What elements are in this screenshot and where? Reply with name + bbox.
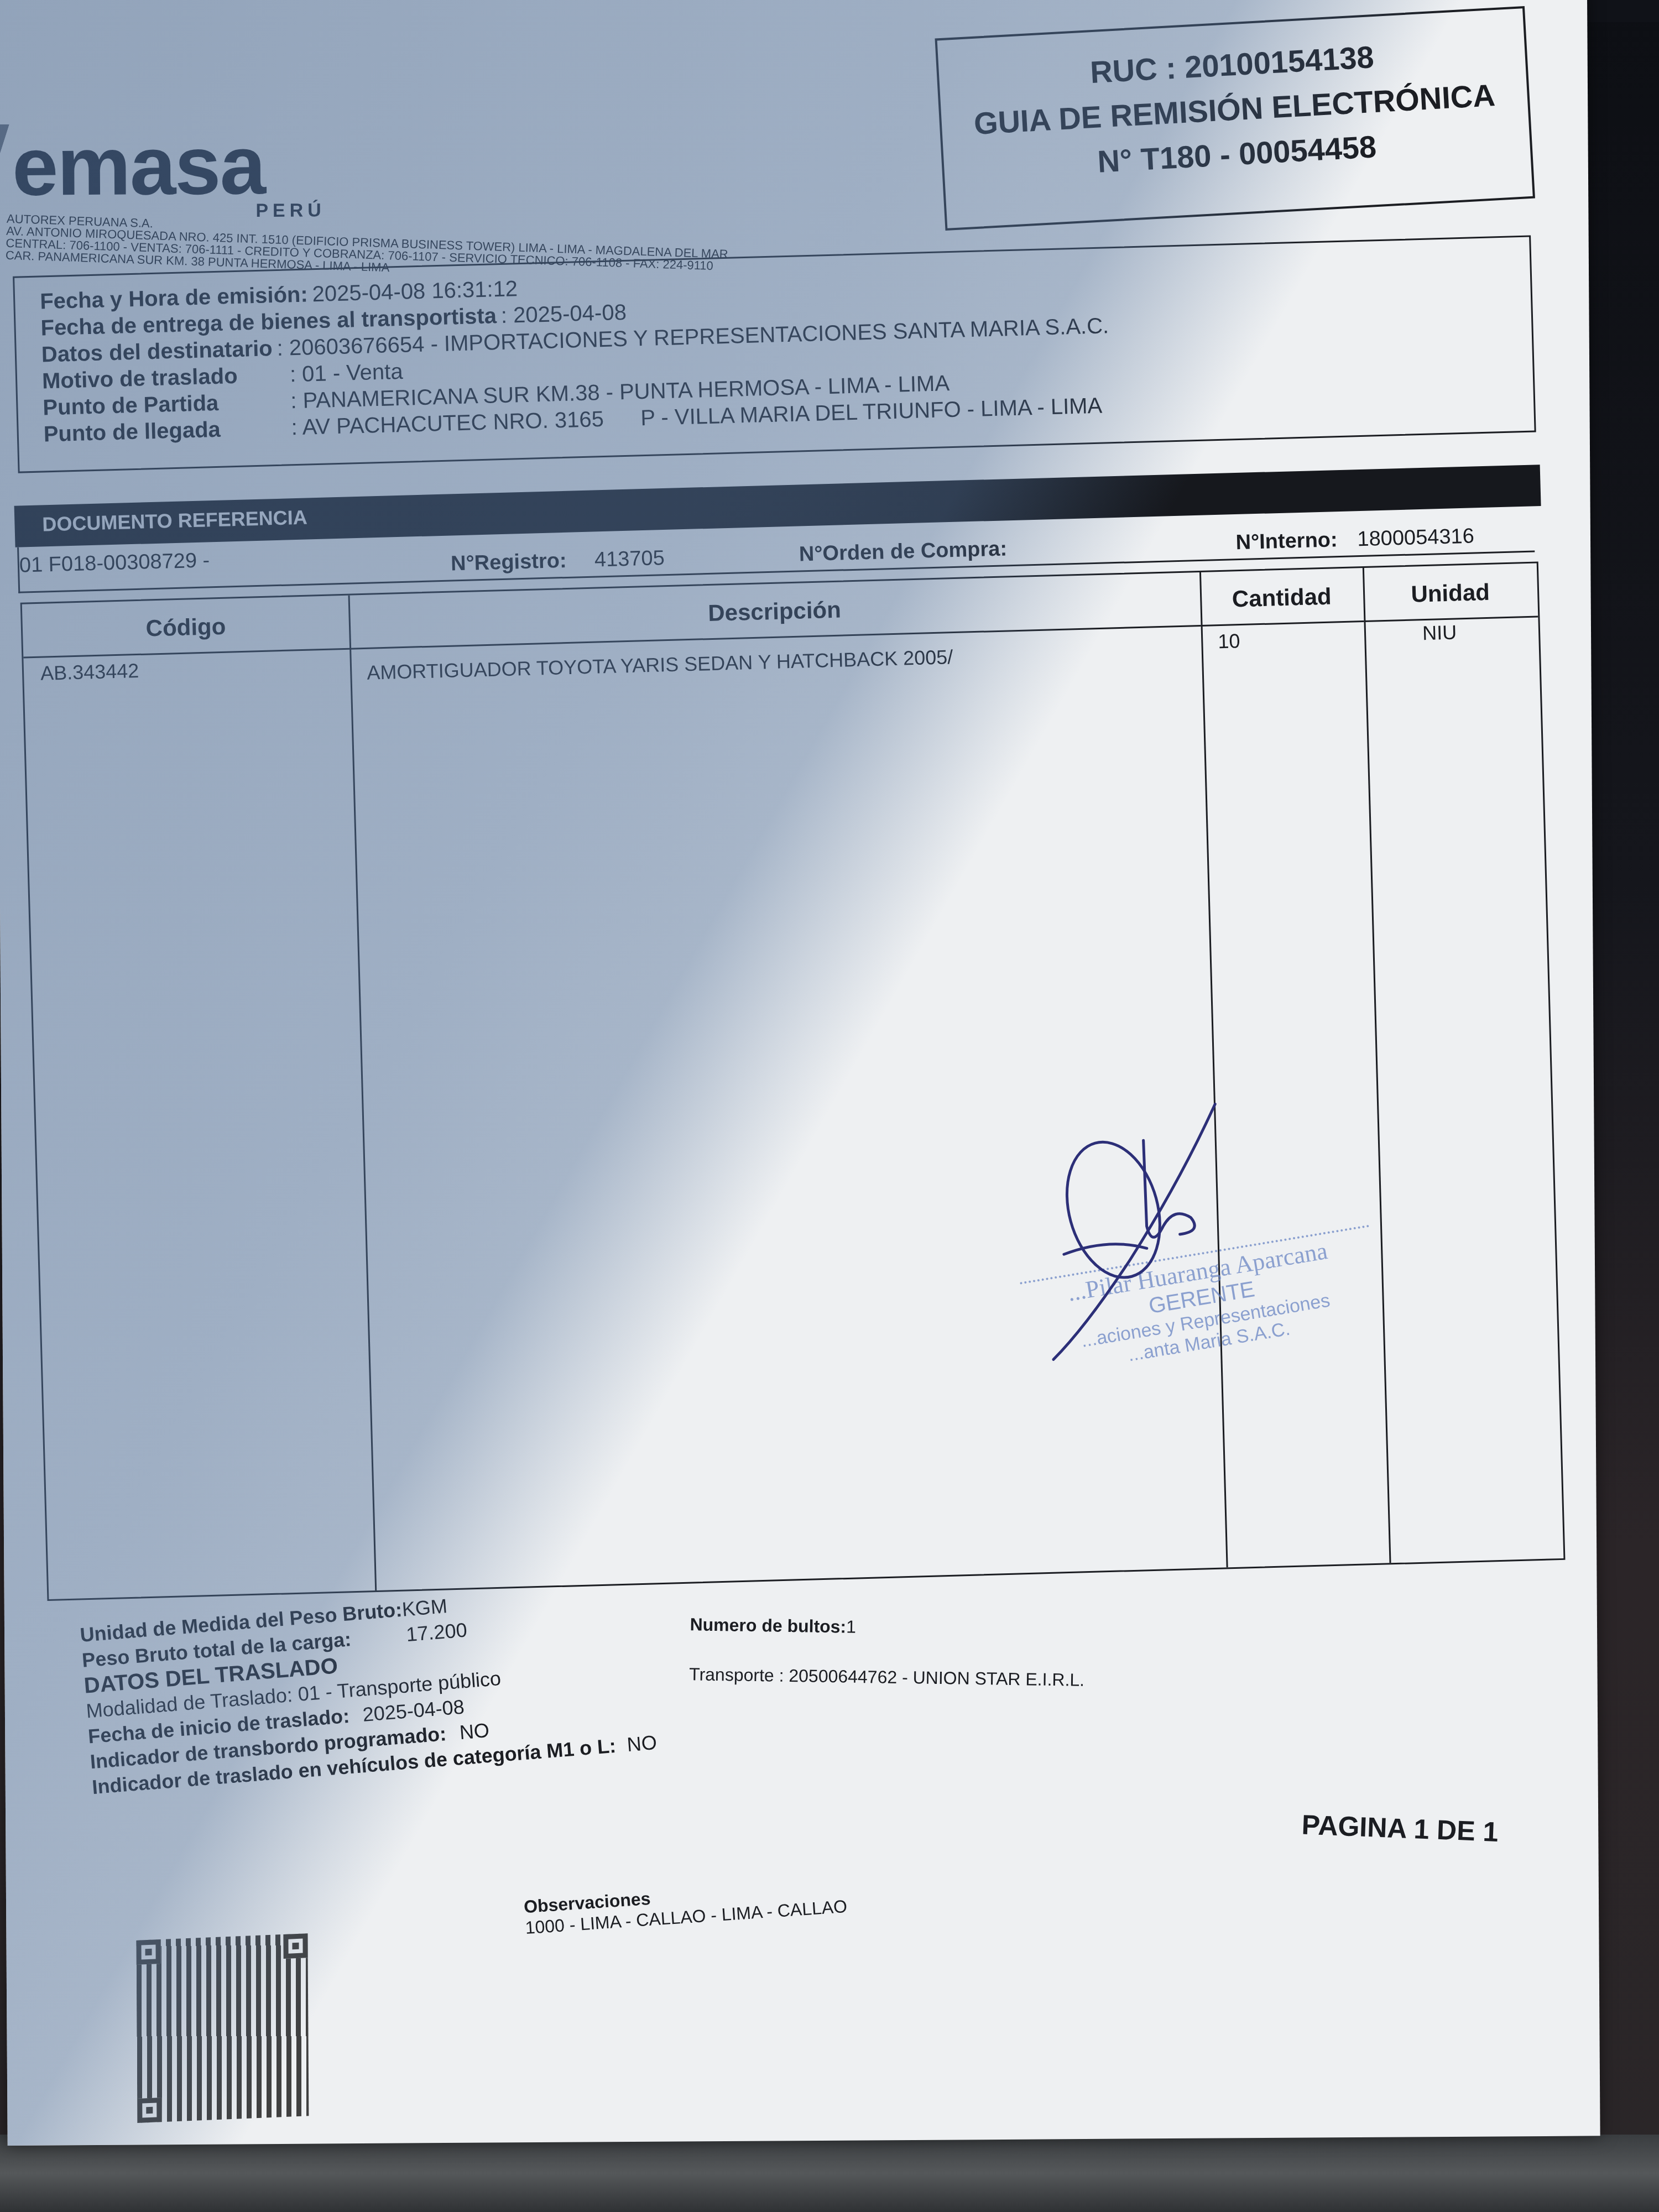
qr-finder-icon: [283, 1933, 307, 1959]
item-unit: NIU: [1422, 621, 1457, 645]
registro-label: N°Registro:: [451, 549, 567, 576]
document-id-box: RUC : 20100154138 GUIA DE REMISIÓN ELECT…: [935, 6, 1535, 231]
transshipment-value: NO: [458, 1719, 490, 1744]
purchase-order-label: N°Orden de Compra:: [799, 537, 1007, 566]
reason-value: : 01 - Venta: [289, 358, 403, 388]
shipment-info-box: Fecha y Hora de emisión: 2025-04-08 16:3…: [13, 236, 1536, 473]
qr-finder-icon: [136, 1939, 160, 1965]
packages-label: Numero de bultos:: [690, 1614, 846, 1636]
delivery-value: : 2025-04-08: [500, 299, 627, 329]
column-header-code: Código: [22, 596, 349, 659]
company-logo-country: PERÚ: [255, 200, 326, 222]
column-header-unit: Unidad: [1363, 564, 1538, 622]
packages-row: Numero de bultos:1: [690, 1613, 1187, 1642]
internal-number-value: 1800054316: [1357, 524, 1474, 551]
handwritten-signature: [1024, 1098, 1303, 1443]
item-quantity: 10: [1218, 629, 1240, 653]
reference-document: 01 F018-00308729 -: [19, 549, 210, 577]
items-table: Código Descripción Cantidad Unidad AB.34…: [20, 561, 1566, 1601]
background-fabric: [0, 2135, 1659, 2212]
gross-weight-value: 17.200: [405, 1619, 468, 1646]
page-indicator: PAGINA 1 DE 1: [1301, 1809, 1499, 1848]
transport-details: Numero de bultos:1 Transporte : 20500644…: [689, 1613, 1188, 1692]
column-header-quantity: Cantidad: [1199, 568, 1364, 627]
qr-finder-icon: [137, 2098, 161, 2123]
company-logo: emasa: [12, 117, 265, 215]
weight-unit-value: KGM: [401, 1594, 448, 1620]
observations: Observaciones 1000 - LIMA - CALLAO - LIM…: [523, 1875, 848, 1938]
guia-remision-document: emasa PERÚ AUTOREX PERUANA S.A. AV. ANTO…: [0, 0, 1600, 2146]
registro-value: 413705: [594, 546, 665, 572]
qr-code: [136, 1933, 309, 2123]
internal-number-label: N°Interno:: [1235, 528, 1338, 555]
code-column: [22, 596, 377, 1599]
m1-vehicle-value: NO: [626, 1731, 658, 1756]
item-code: AB.343442: [40, 659, 139, 685]
packages-value: 1: [846, 1617, 856, 1637]
